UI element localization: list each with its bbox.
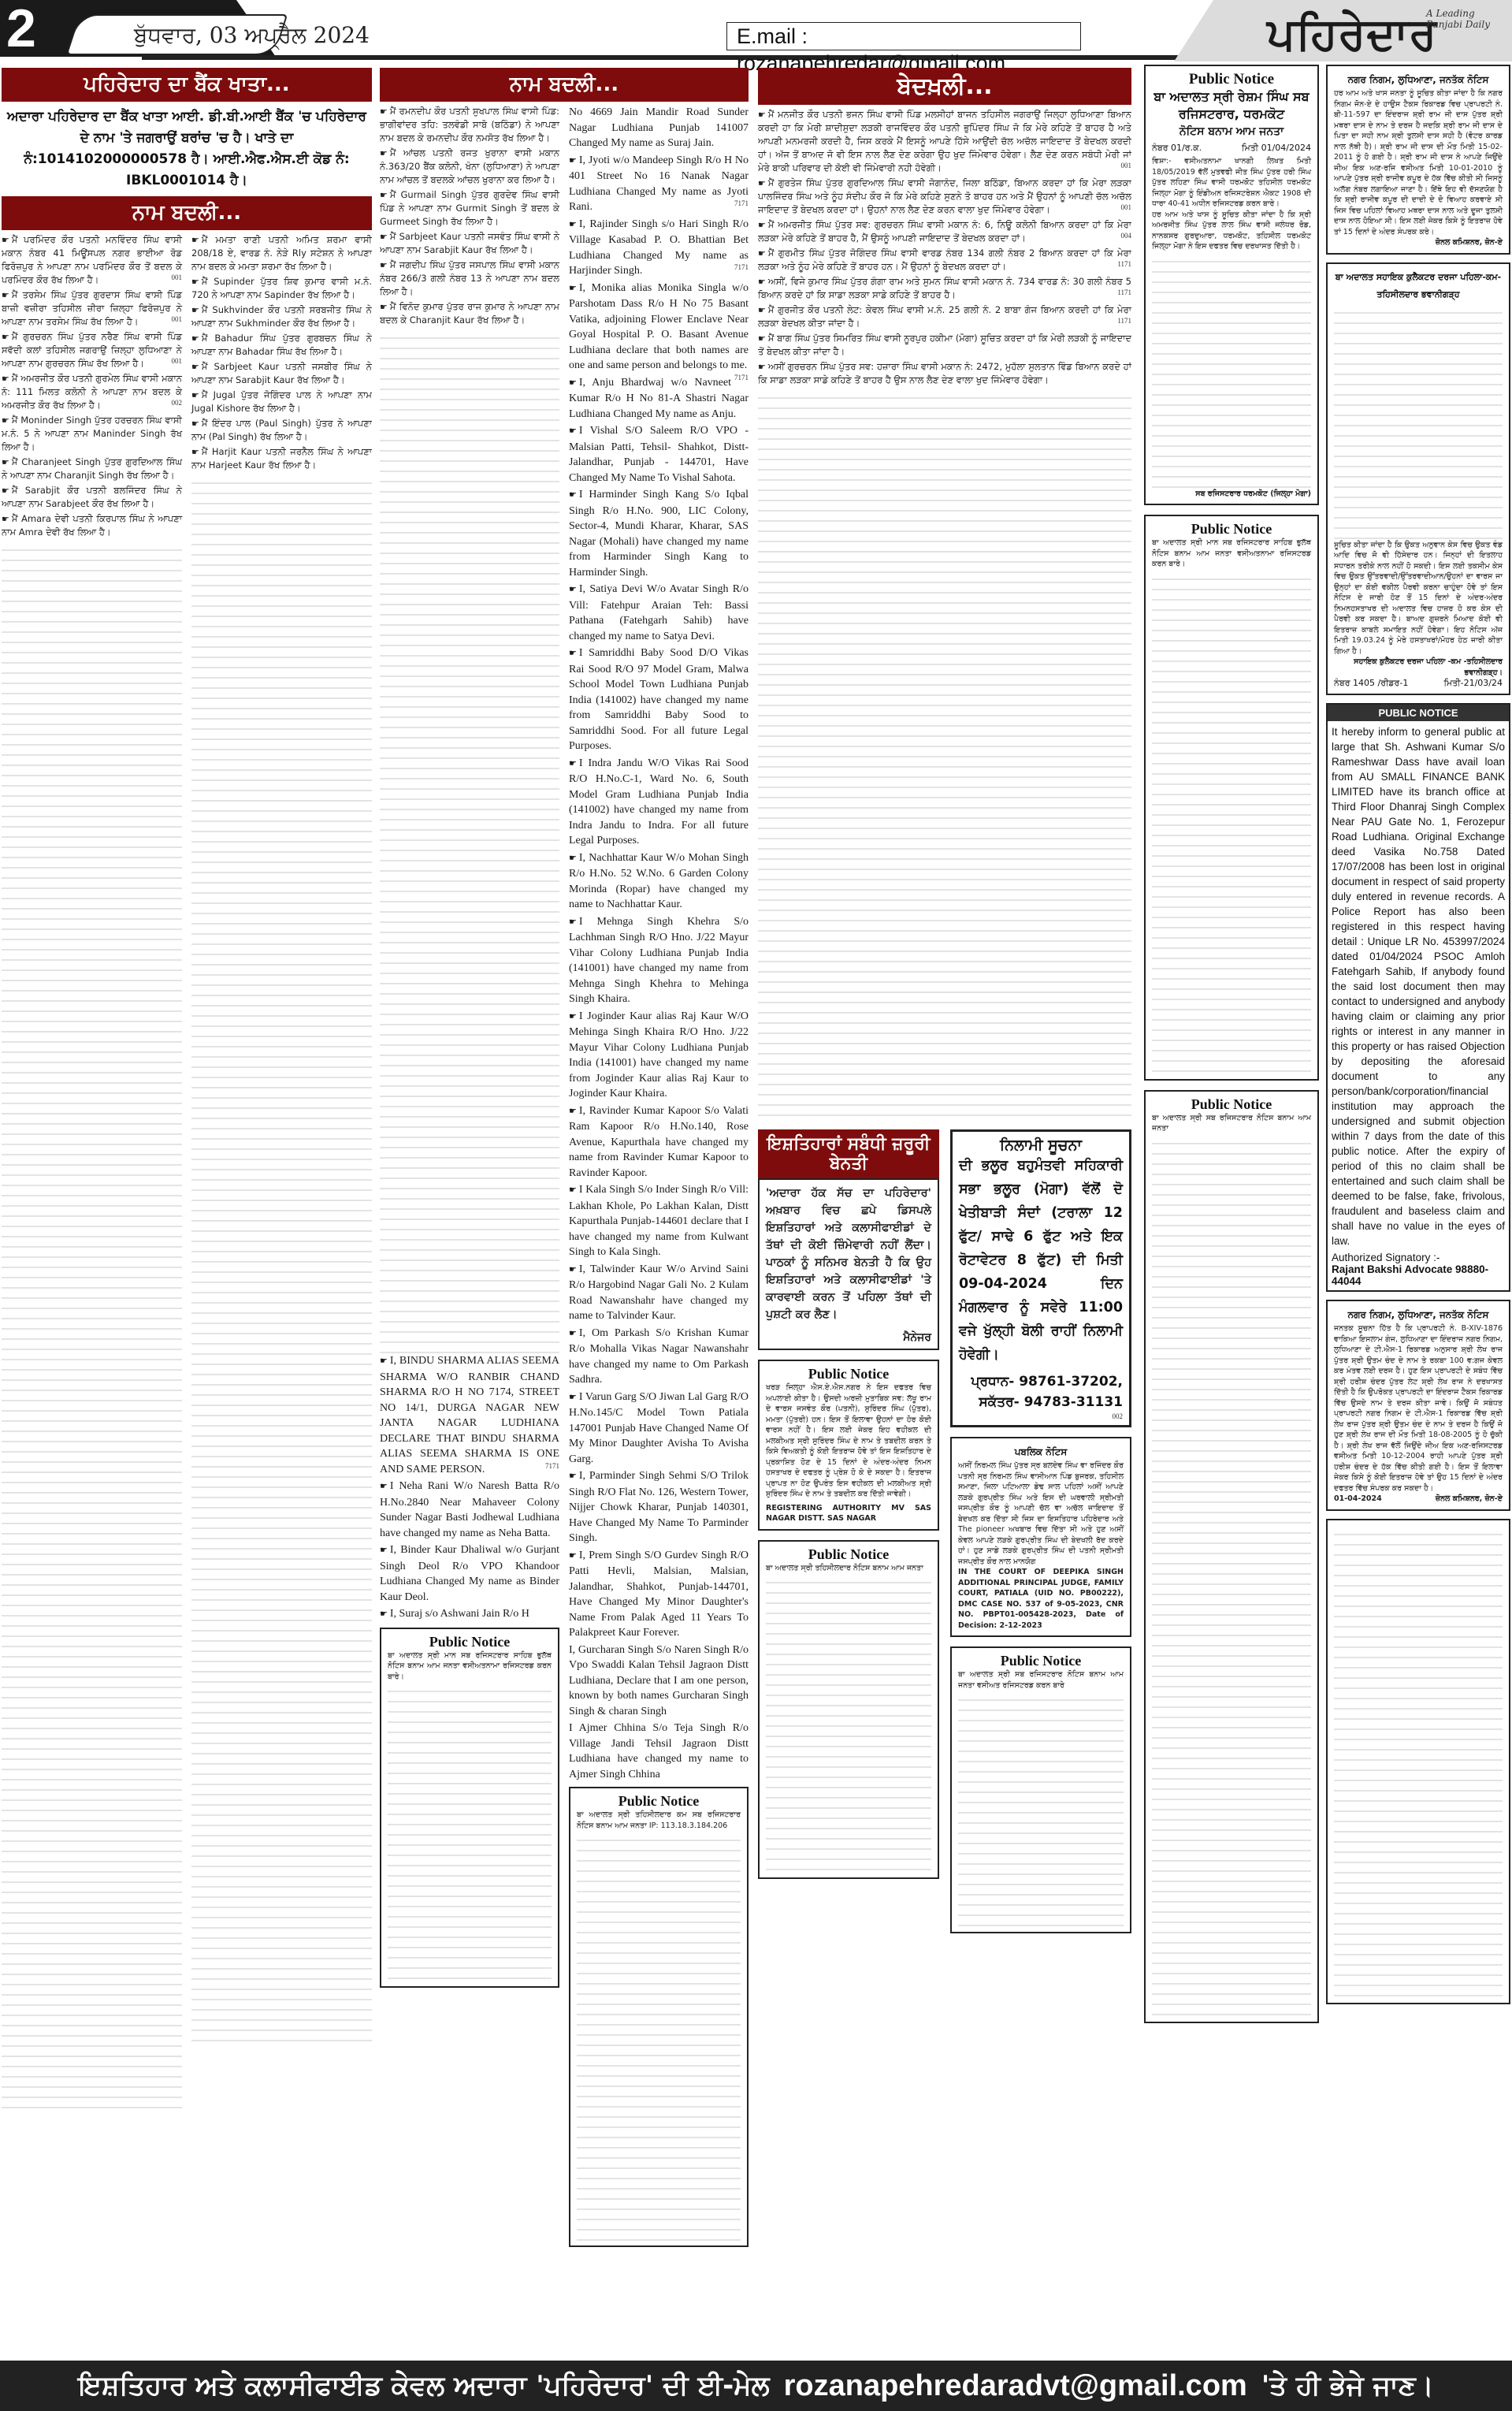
list-item: ☛I Vishal S/O Saleem R/O VPO - Malsian P…	[569, 423, 749, 486]
auction-box: ਨਿਲਾਮੀ ਸੂਚਨਾ ਦੀ ਭਲੂਰ ਬਹੁਮੰਤਵੀ ਸਹਿਕਾਰੀ ਸਭ…	[950, 1129, 1131, 1427]
column-public-notices: Public Notice ਬਾ ਅਦਾਲਤ ਸ੍ਰੀ ਰੇਸ਼ਮ ਸਿੰਘ ਸ…	[1144, 65, 1319, 2354]
footer-email[interactable]: rozanapehredaradvt@gmail.com	[784, 2369, 1247, 2403]
pointing-hand-icon: ☛	[569, 1551, 577, 1561]
list-item: ☛ਮੈਂ Sarbjeet Kaur ਪਤਨੀ ਜਸਵੰਤ ਸਿੰਘ ਵਾਸੀ …	[380, 230, 559, 257]
pointing-hand-icon: ☛	[380, 190, 388, 200]
list-item: ☛I Kala Singh S/o Inder Singh R/o Vill: …	[569, 1182, 749, 1260]
notice-meta: ਨੰਬਰ 1405 /ਰੀਡਰ-1 ਮਿਤੀ-21/03/24	[1334, 678, 1503, 689]
pointing-hand-icon: ☛	[569, 284, 577, 293]
column-bank-namechange: ਪਹਿਰੇਦਾਰ ਦਾ ਬੈਂਕ ਖਾਤਾ... ਅਦਾਰਾ ਪਹਿਰੇਦਾਰ …	[2, 65, 372, 2354]
pointing-hand-icon: ☛	[758, 220, 766, 230]
notice-body-continued	[1152, 570, 1311, 1074]
pointing-hand-icon: ☛	[758, 333, 766, 344]
list-item: ☛I Indra Jandu W/O Vikas Rai Sood R/O H.…	[569, 756, 749, 849]
pointing-hand-icon: ☛	[569, 220, 577, 229]
pointing-hand-icon: ☛	[2, 235, 9, 245]
notice-date: 01-04-2024	[1334, 1494, 1382, 1505]
masthead-tagline: A Leading Punjabi Daily	[1426, 8, 1512, 30]
list-item: ☛ਮੈਂ ਗੁਰਮੀਤ ਸਿੰਘ ਪੁੱਤਰ ਜੋਗਿੰਦਰ ਸਿੰਘ ਵਾਸੀ…	[758, 247, 1131, 273]
pointing-hand-icon: ☛	[758, 305, 766, 315]
pointing-hand-icon: ☛	[191, 362, 199, 372]
list-item: ☛ਮੈਂ ਗੁਰਜੀਤ ਕੌਰ ਪਤਨੀ ਲੇਟ: ਕੇਵਲ ਸਿੰਘ ਵਾਸੀ…	[758, 303, 1131, 330]
pointing-hand-icon: ☛	[191, 390, 199, 400]
list-item: ☛ਮੈਂ Supinder ਪੁੱਤਰ ਸ਼ਿਵ ਕੁਮਾਰ ਵਾਸੀ ਮ.ਨੰ…	[191, 275, 372, 302]
nagar-nigam-notice-1: ਨਗਰ ਨਿਗਮ, ਲੁਧਿਆਣਾ, ਜਨਤੱਕ ਨੋਟਿਸ ਹਰ ਆਮ ਅਤੇ…	[1326, 65, 1510, 255]
pointing-hand-icon: ☛	[191, 305, 199, 315]
pointing-hand-icon: ☛	[191, 277, 199, 287]
notice-signature: ਜ਼ੋਨਲ ਕਮਿਸ਼ਨਰ, ਜ਼ੋਨ-ਏ	[1436, 1494, 1503, 1505]
list-item: ☛I, Jyoti w/o Mandeep Singh R/o H No 401…	[569, 153, 749, 215]
court-notice-text: ਅਸੀਂ ਨਿਰਮਲ ਸਿੰਘ ਪੁੱਤਰ ਸ੍ਰ ਬਲਦੇਵ ਸਿੰਘ ਵਾ …	[958, 1460, 1124, 1567]
pointing-hand-icon: ☛	[380, 1356, 388, 1366]
list-item: ☛I Joginder Kaur alias Raj Kaur W/O Mehi…	[569, 1009, 749, 1102]
list-item: No 4669 Jain Mandir Road Sunder Nagar Lu…	[569, 105, 749, 151]
additional-listings	[191, 474, 372, 2050]
notice-body: ਖਰੜ ਜਿਲ੍ਹਾ ਐਸ.ਏ.ਐਸ.ਨਗਰ ਨੇ ਇਸ ਦਫਤਰ ਵਿਚ ਅਪ…	[766, 1382, 931, 1500]
notice-title: Public Notice	[1152, 521, 1311, 538]
public-notice-box: Public Notice ਬਾ ਅਦਾਲਤ ਸ੍ਰੀ ਮਾਨ ਸਬ ਰਜਿਸਟ…	[1144, 515, 1319, 1081]
english-subcolumn: No 4669 Jain Mandir Road Sunder Nagar Lu…	[569, 105, 749, 2247]
pointing-hand-icon: ☛	[569, 1472, 577, 1481]
list-item: ☛I, Satiya Devi W/o Avatar Singh R/o Vil…	[569, 582, 749, 644]
list-item: ☛ਮੈਂ ਗੁਰਚਰਨ ਸਿੰਘ ਪੁੱਤਰ ਨਰੈਣ ਸਿੰਘ ਵਾਸੀ ਪਿ…	[2, 330, 182, 370]
notice-signature: ਜ਼ੋਨਲ ਕਮਿਸ਼ਨਰ, ਜ਼ੋਨ-ਏ	[1334, 237, 1503, 248]
list-item: ☛I Samriddhi Baby Sood D/O Vikas Rai Soo…	[569, 646, 749, 754]
disownment-heading: ਬੇਦਖ਼ਲੀ...	[758, 68, 1131, 105]
notice-subtitle: ਨੋਟਿਸ ਬਨਾਮ ਆਮ ਜਨਤਾ	[1152, 123, 1311, 140]
pointing-hand-icon: ☛	[191, 333, 199, 344]
notice-number: ਨੰਬਰ 1405 /ਰੀਡਰ-1	[1334, 678, 1408, 689]
pointing-hand-icon: ☛	[758, 277, 766, 287]
pointing-hand-icon: ☛	[380, 232, 388, 242]
pointing-hand-icon: ☛	[2, 486, 9, 496]
auction-text: ਦੀ ਭਲੂਰ ਬਹੁਮੰਤਵੀ ਸਹਿਕਾਰੀ ਸਭਾ ਭਲੂਰ (ਮੋਗਾ)…	[959, 1154, 1123, 1367]
name-change-subcolumn-2: ☛ਮੈਂ ਮਮਤਾ ਰਾਣੀ ਪਤਨੀ ਅਮਿਤ ਸ਼ਰਮਾ ਵਾਸੀ 208/…	[191, 233, 372, 2117]
list-item: ☛I Mehnga Singh Khehra S/o Lachhman Sing…	[569, 914, 749, 1007]
notice-meta: ਨੰਬਰ 01/ਰ.ਕ. ਮਿਤੀ 01/04/2024	[1152, 143, 1311, 154]
auction-president-phone: ਪ੍ਰਧਾਨ- 98761-37202,	[959, 1371, 1123, 1392]
page-header: 2 ਬੁੱਧਵਾਰ, 03 ਅਪ੍ਰੈਲ 2024 E.mail : rozan…	[0, 0, 1512, 61]
public-notice-box: Public Notice ਬਾ ਅਦਾਲਤ ਸ੍ਰੀ ਸਬ ਰਜਿਸਟਰਾਰ …	[950, 1646, 1131, 1933]
signatory-name: Rajant Bakshi Advocate 98880-44044	[1328, 1263, 1509, 1290]
notice-body-continued	[958, 1691, 1124, 1927]
pointing-hand-icon: ☛	[191, 447, 199, 457]
notice-heading: PUBLIC NOTICE	[1328, 705, 1509, 721]
pointing-hand-icon: ☛	[2, 332, 9, 342]
pointing-hand-icon: ☛	[380, 1546, 388, 1555]
public-notice-box: Public Notice ਬਾ ਅਦਾਲਤ ਸ੍ਰੀ ਤਹਿਸੀਲਦਾਰ ਨੋ…	[758, 1540, 939, 1880]
notice-body-table	[1334, 303, 1503, 540]
pointing-hand-icon: ☛	[569, 1393, 577, 1402]
notice-signature: ਸਬ ਰਜਿਸਟਰਾਰ ਧਰਮਕੋਟ (ਜਿਲ੍ਹਾ ਮੋਗਾ)	[1152, 489, 1311, 500]
list-item: I, Gurcharan Singh S/o Naren Singh R/o V…	[569, 1643, 749, 1720]
ad-request-text: 'ਅਦਾਰਾ ਹੱਕ ਸੱਚ ਦਾ ਪਹਿਰੇਦਾਰ' ਅਖ਼ਬਾਰ ਵਿਚ ਛ…	[766, 1185, 931, 1323]
newspaper-page: 2 ਬੁੱਧਵਾਰ, 03 ਅਪ੍ਰੈਲ 2024 E.mail : rozan…	[0, 0, 1512, 2411]
list-item: ☛I Harminder Singh Kang S/o Iqbal Singh …	[569, 487, 749, 580]
auction-secretary-phone: ਸਕੱਤਰ- 94783-31131	[959, 1392, 1123, 1412]
notice-body: ਹਰ ਆਮ ਅਤੇ ਖਾਸ ਨੂੰ ਸੂਚਿਤ ਕੀਤਾ ਜਾਂਦਾ ਹੈ ਕਿ…	[1152, 210, 1311, 252]
list-item: ☛ਮੈਂ Jugal ਪੁੱਤਰ ਜੋਗਿੰਦਰ ਪਾਲ ਨੇ ਆਪਣਾ ਨਾਮ…	[191, 389, 372, 415]
pointing-hand-icon: ☛	[2, 290, 9, 300]
public-notice-box: Public Notice ਬਾ ਅਦਾਲਤ ਸ੍ਰੀ ਸਬ ਰਜਿਸਟਰਾਰ …	[1144, 1090, 1319, 2023]
list-item: ☛I, Binder Kaur Dhaliwal w/o Gurjant Sin…	[380, 1542, 559, 1605]
notice-title: Public Notice	[766, 1546, 931, 1563]
list-item: ☛ਮੈਂ Charanjeet Singh ਪੁੱਤਰ ਗੁਰਦਿਆਲ ਸਿੰਘ…	[2, 456, 182, 482]
list-item: ☛ਅਸੀਂ, ਵਿਜੇ ਕੁਮਾਰ ਸਿੰਘ ਪੁੱਤਰ ਗੰਗਾ ਰਾਮ ਅਤ…	[758, 275, 1131, 302]
auction-heading: ਨਿਲਾਮੀ ਸੂਚਨਾ	[959, 1137, 1123, 1154]
list-item: ☛ਮੈਂ ਅਮਰਜੀਤ ਸਿੰਘ ਪੁੱਤਰ ਸਵ: ਗੁਰਚਰਨ ਸਿੰਘ ਵ…	[758, 218, 1131, 245]
bank-details: ਅਦਾਰਾ ਪਹਿਰੇਦਾਰ ਦਾ ਬੈਂਕ ਖਾਤਾ ਆਈ. ਡੀ.ਬੀ.ਆਈ…	[2, 105, 372, 195]
name-change-subcolumn-1: ☛ਮੈਂ ਪਰਮਿੰਦਰ ਕੌਰ ਪਤਨੀ ਮਨਵਿੰਦਰ ਸਿੰਘ ਵਾਸੀ …	[2, 233, 182, 2117]
notice-date: ਮਿਤੀ-21/03/24	[1443, 678, 1503, 689]
pointing-hand-icon: ☛	[2, 514, 9, 524]
pointing-hand-icon: ☛	[569, 1329, 577, 1338]
punjabi-subcolumn: ☛ਮੈਂ ਰਮਨਦੀਪ ਕੌਰ ਪਤਨੀ ਸੁਖਪਾਲ ਸਿੰਘ ਵਾਸੀ ਪਿ…	[380, 105, 559, 2247]
pointing-hand-icon: ☛	[569, 490, 577, 500]
name-change-heading-2: ਨਾਮ ਬਦਲੀ...	[380, 68, 749, 102]
header-email[interactable]: E.mail : rozanapehredar@gmail.com	[726, 22, 1081, 50]
auction-ref: 002	[1113, 1412, 1124, 1420]
pointing-hand-icon: ☛	[380, 106, 388, 117]
list-item: ☛ਮੈਂ ਇੰਦਰ ਪਾਲ (Paul Singh) ਪੁੱਤਰ ਨੇ ਆਪਣਾ…	[191, 417, 372, 444]
list-item: ☛I, Rajinder Singh s/o Hari Singh R/o Vi…	[569, 217, 749, 279]
ad-request-signature: ਮੈਨੇਜਰ	[766, 1331, 931, 1344]
list-item: ☛ਮੈਂ ਜਗਦੀਪ ਸਿੰਘ ਪੁੱਤਰ ਜਸਪਾਲ ਸਿੰਘ ਵਾਸੀ ਮਕ…	[380, 259, 559, 299]
list-item: ☛I Neha Rani W/o Naresh Batta R/o H.No.2…	[380, 1479, 559, 1541]
notice-number: ਨੰਬਰ 01/ਰ.ਕ.	[1152, 143, 1202, 154]
list-item: ☛I, Parminder Singh Sehmi S/O Trilok Sin…	[569, 1468, 749, 1546]
notice-body-continued	[1152, 252, 1311, 489]
notice-body-continued	[577, 1831, 741, 2241]
signatory-label: Authorized Signatory :-	[1328, 1252, 1509, 1263]
footer-banner: ਇਸ਼ਤਿਹਾਰ ਅਤੇ ਕਲਾਸੀਫਾਈਡ ਕੇਵਲ ਅਦਾਰਾ 'ਪਹਿਰੇ…	[0, 2361, 1512, 2411]
notice-heading: ਨਗਰ ਨਿਗਮ, ਲੁਧਿਆਣਾ, ਜਨਤੱਕ ਨੋਟਿਸ	[1334, 71, 1503, 88]
notice-title: Public Notice	[958, 1653, 1124, 1669]
name-change-columns: ☛ਮੈਂ ਪਰਮਿੰਦਰ ਕੌਰ ਪਤਨੀ ਮਨਵਿੰਦਰ ਸਿੰਘ ਵਾਸੀ …	[2, 233, 372, 2117]
column-municipal-notices: ਨਗਰ ਨਿਗਮ, ਲੁਧਿਆਣਾ, ਜਨਤੱਕ ਨੋਟਿਸ ਹਰ ਆਮ ਅਤੇ…	[1326, 65, 1510, 2354]
list-item: ☛ਮੈਂ ਮਨਜੀਤ ਕੌਰ ਪਤਨੀ ਭਜਨ ਸਿੰਘ ਵਾਸੀ ਪਿੰਡ ਮ…	[758, 108, 1131, 175]
pointing-hand-icon: ☛	[2, 415, 9, 426]
list-item: ☛ਮੈਂ ਗੁਰਤੇਜ ਸਿੰਘ ਪੁੱਤਰ ਗੁਰਦਿਆਲ ਸਿੰਘ ਵਾਸੀ…	[758, 177, 1131, 217]
boxed-ads-row: ਇਸ਼ਤਿਹਾਰਾਂ ਸਬੰਧੀ ਜ਼ਰੂਰੀ ਬੇਨਤੀ 'ਅਦਾਰਾ ਹੱਕ…	[758, 1129, 1131, 1933]
additional-listings	[2, 541, 182, 2117]
notice-signature: REGISTERING AUTHORITY MV SAS NAGAR DISTT…	[766, 1503, 931, 1524]
notice-title: Public Notice	[388, 1634, 552, 1650]
notice-body: ਜਨਤਕ ਸੂਚਨਾ ਹਿੱਤ ਹੈ ਕਿ ਪ੍ਰਾਪਰਟੀ ਨੰ. B-XIV…	[1334, 1323, 1503, 1494]
notice-body-continued	[766, 1573, 931, 1873]
header-rule	[142, 55, 1269, 60]
list-item: ☛ਮੈਂ ਆਂਚਲ ਪਤਨੀ ਰਜਤ ਖੁਰਾਨਾ ਵਾਸੀ ਮਕਾਨ ਨੰ.3…	[380, 147, 559, 187]
list-item: ☛ਮੈਂ Harjit Kaur ਪਤਨੀ ਜਰਨੈਲ ਸਿੰਘ ਨੇ ਆਪਣਾ…	[191, 445, 372, 472]
page-number: 2	[6, 0, 35, 58]
notice-title: Public Notice	[577, 1793, 741, 1810]
notice-title: Public Notice	[1152, 1096, 1311, 1113]
pointing-hand-icon: ☛	[569, 1185, 577, 1195]
name-change-heading: ਨਾਮ ਬਦਲੀ...	[2, 196, 372, 230]
tehsil-notice: ਬਾ ਅਦਾਲਤ ਸਹਾਇਕ ਕੁਲੈਕਟਰ ਦਰਜਾ ਪਹਿਲਾ-ਕਮ-ਤਹਿ…	[1326, 262, 1510, 696]
list-item: ☛I, Talwinder Kaur W/o Arvind Saini R/o …	[569, 1262, 749, 1324]
public-notice-box	[1326, 1519, 1510, 2004]
pointing-hand-icon: ☛	[569, 1107, 577, 1116]
list-item: ☛I, Om Parkash S/o Krishan Kumar R/o Moh…	[569, 1326, 749, 1388]
list-item: ☛ਮੈਂ Gurmail Singh ਪੁੱਤਰ ਗੁਰਦੇਵ ਸਿੰਘ ਵਾਸ…	[380, 188, 559, 229]
list-item: ☛ਮੈਂ ਰਮਨਦੀਪ ਕੌਰ ਪਤਨੀ ਸੁਖਪਾਲ ਸਿੰਘ ਵਾਸੀ ਪਿ…	[380, 105, 559, 145]
ad-request-column: ਇਸ਼ਤਿਹਾਰਾਂ ਸਬੰਧੀ ਜ਼ਰੂਰੀ ਬੇਨਤੀ 'ਅਦਾਰਾ ਹੱਕ…	[758, 1129, 939, 1933]
notice-body: ਬਾ ਅਦਾਲਤ ਸ੍ਰੀ ਸਬ ਰਜਿਸਟਰਾਰ ਨੋਟਿਸ ਬਨਾਮ ਆਮ …	[958, 1669, 1124, 1691]
notice-title: Public Notice	[766, 1366, 931, 1382]
pointing-hand-icon: ☛	[380, 260, 388, 270]
pointing-hand-icon: ☛	[2, 457, 9, 467]
pointing-hand-icon: ☛	[569, 1012, 577, 1021]
pointing-hand-icon: ☛	[758, 178, 766, 188]
notice-subject: ਵਿਸ਼ਾ:- ਵਸੀਅਤਨਾਮਾ ਖਾਨਗੀ ਲਿਖਤ ਮਿਤੀ 18/05/…	[1152, 156, 1311, 210]
pointing-hand-icon: ☛	[569, 156, 577, 166]
pointing-hand-icon: ☛	[191, 235, 199, 245]
pointing-hand-icon: ☛	[2, 374, 9, 384]
list-item: ☛ਮੈਂ ਤਰਸੇਮ ਸਿੰਘ ਪੁੱਤਰ ਗੁਰਦਾਸ ਸਿੰਘ ਵਾਸੀ ਪ…	[2, 288, 182, 329]
pointing-hand-icon: ☛	[569, 1265, 577, 1274]
pointing-hand-icon: ☛	[380, 1482, 388, 1491]
nagar-nigam-notice-2: ਨਗਰ ਨਿਗਮ, ਲੁਧਿਆਣਾ, ਜਨਤੱਕ ਨੋਟਿਸ ਜਨਤਕ ਸੂਚਨ…	[1326, 1300, 1510, 1511]
list-item: ☛ਮੈਂ Sarbjeet Kaur ਪਤਨੀ ਜਸਬੀਰ ਸਿੰਘ ਨੇ ਆਪ…	[191, 360, 372, 387]
bank-heading: ਪਹਿਰੇਦਾਰ ਦਾ ਬੈਂਕ ਖਾਤਾ...	[2, 68, 372, 102]
notice-body: ਬਾ ਅਦਾਲਤ ਸ੍ਰੀ ਤਹਿਸੀਲਦਾਰ ਨੋਟਿਸ ਬਨਾਮ ਆਮ ਜਨ…	[766, 1563, 931, 1574]
public-notice-box: Public Notice ਬਾ ਅਦਾਲਤ ਸ੍ਰੀ ਮਾਨ ਸਬ ਰਜਿਸਟ…	[380, 1628, 559, 1989]
pointing-hand-icon: ☛	[569, 854, 577, 863]
ad-request-heading: ਇਸ਼ਤਿਹਾਰਾਂ ਸਬੰਧੀ ਜ਼ਰੂਰੀ ਬੇਨਤੀ	[758, 1129, 939, 1178]
pointing-hand-icon: ☛	[380, 148, 388, 158]
list-item: ☛I, Ravinder Kumar Kapoor S/o Valati Ram…	[569, 1103, 749, 1181]
notice-body-continued	[1334, 1525, 1503, 1998]
footer-punjabi-text: ਇਸ਼ਤਿਹਾਰ ਅਤੇ ਕਲਾਸੀਫਾਈਡ ਕੇਵਲ ਅਦਾਰਾ 'ਪਹਿਰੇ…	[78, 2370, 769, 2402]
notice-body: ਸੂਚਿਤ ਕੀਤਾ ਜਾਂਦਾ ਹੈ ਕਿ ਉਕਤ ਅਨੁਵਾਨ ਕੇਸ ਵਿ…	[1334, 540, 1503, 657]
pointing-hand-icon: ☛	[569, 649, 577, 658]
court-notice-heading: ਪਬਲਿਕ ਨੋਟਿਸ	[958, 1443, 1124, 1460]
list-item: ☛ਮੈਂ Amara ਦੇਵੀ ਪਤਨੀ ਕਿਰਪਾਲ ਸਿੰਘ ਨੇ ਆਪਣਾ…	[2, 512, 182, 539]
pointing-hand-icon: ☛	[569, 759, 577, 768]
pointing-hand-icon: ☛	[758, 110, 766, 120]
list-item: ☛ਅਸੀਂ ਗੁਰਚਰਨ ਸਿੰਘ ਪੁੱਤਰ ਸਵ: ਹਜ਼ਾਰਾ ਸਿੰਘ …	[758, 360, 1131, 387]
pointing-hand-icon: ☛	[380, 1609, 388, 1619]
list-item: ☛ਮੈਂ Moninder Singh ਪੁੱਤਰ ਹਰਚਰਨ ਸਿੰਘ ਵਾਸ…	[2, 414, 182, 454]
auction-column: ਨਿਲਾਮੀ ਸੂਚਨਾ ਦੀ ਭਲੂਰ ਬਹੁਮੰਤਵੀ ਸਹਿਕਾਰੀ ਸਭ…	[950, 1129, 1131, 1933]
list-item: ☛I, Nachhattar Kaur W/o Mohan Singh R/o …	[569, 850, 749, 913]
list-item: ☛ਮੈਂ Sukhvinder ਕੌਰ ਪਤਨੀ ਸਰਬਜੀਤ ਸਿੰਘ ਨੇ …	[191, 303, 372, 330]
notice-body: ਬਾ ਅਦਾਲਤ ਸ੍ਰੀ ਮਾਨ ਸਬ ਰਜਿਸਟਰਾਰ ਸਾਹਿਬ ਭੁਲੱ…	[388, 1650, 552, 1683]
notice-body: ਹਰ ਆਮ ਅਤੇ ਖਾਸ ਜਨਤਾ ਨੂੰ ਸੂਚਿਤ ਕੀਤਾ ਜਾਂਦਾ …	[1334, 88, 1503, 237]
pointing-hand-icon: ☛	[569, 585, 577, 594]
name-change-mid-columns: ☛ਮੈਂ ਰਮਨਦੀਪ ਕੌਰ ਪਤਨੀ ਸੁਖਪਾਲ ਸਿੰਘ ਵਾਸੀ ਪਿ…	[380, 105, 749, 2247]
pointing-hand-icon: ☛	[758, 362, 766, 372]
footer-suffix: 'ਤੇ ਹੀ ਭੇਜੇ ਜਾਣ।	[1261, 2370, 1434, 2402]
list-item: ☛ਮੈਂ ਬਾਗ ਸਿੰਘ ਪੁੱਤਰ ਸਿਮਰਿਤ ਸਿੰਘ ਵਾਸੀ ਨੂਰ…	[758, 332, 1131, 359]
notice-body: ਬਾ ਅਦਾਲਤ ਸ੍ਰੀ ਤਹਿਸੀਲਦਾਰ ਕਮ ਸਬ ਰਜਿਸਟਰਾਰ ਨ…	[577, 1810, 741, 1831]
additional-listings	[758, 389, 1131, 1122]
list-item: ☛I Varun Garg S/O Jiwan Lal Garg R/O H.N…	[569, 1390, 749, 1468]
court-notice-box: ਪਬਲਿਕ ਨੋਟਿਸ ਅਸੀਂ ਨਿਰਮਲ ਸਿੰਘ ਪੁੱਤਰ ਸ੍ਰ ਬਲ…	[950, 1437, 1131, 1637]
list-item: ☛I, Anju Bhardwaj w/o Navneet Kumar R/o …	[569, 375, 749, 422]
pointing-hand-icon: ☛	[569, 917, 577, 927]
list-item: ☛I, BINDU SHARMA ALIAS SEEMA SHARMA W/O …	[380, 1353, 559, 1477]
list-item: ☛ਮੈਂ ਵਿਨੋਦ ਕੁਮਾਰ ਪੁੱਤਰ ਰਾਜ ਕੁਮਾਰ ਨੇ ਆਪਣਾ…	[380, 300, 559, 327]
pointing-hand-icon: ☛	[569, 378, 577, 388]
english-public-notice: PUBLIC NOTICE It hereby inform to genera…	[1326, 703, 1510, 1292]
notice-body: ਬਾ ਅਦਾਲਤ ਸ੍ਰੀ ਸਬ ਰਜਿਸਟਰਾਰ ਨੋਟਿਸ ਬਨਾਮ ਆਮ …	[1152, 1113, 1311, 1134]
notice-footer: 01-04-2024 ਜ਼ੋਨਲ ਕਮਿਸ਼ਨਰ, ਜ਼ੋਨ-ਏ	[1334, 1494, 1503, 1505]
list-item: ☛ਮੈਂ Bahadur ਸਿੰਘ ਪੁੱਤਰ ਗੁਰਬਚਨ ਸਿੰਘ ਨੇ ਆ…	[191, 332, 372, 359]
column-disownment: ਬੇਦਖ਼ਲੀ... ☛ਮੈਂ ਮਨਜੀਤ ਕੌਰ ਪਤਨੀ ਭਜਨ ਸਿੰਘ …	[758, 65, 1131, 2354]
additional-listings	[380, 329, 559, 1353]
public-notice-box: Public Notice ਬਾ ਅਦਾਲਤ ਸ੍ਰੀ ਤਹਿਸੀਲਦਾਰ ਕਮ…	[569, 1787, 749, 2247]
notice-signature: ਸਹਾਇਕ ਕੁਲੈਕਟਰ ਦਰਜਾ ਪਹਿਲਾ -ਕਮ -ਤਹਿਸੀਲਦਾਰ …	[1334, 657, 1503, 678]
notice-body: ਬਾ ਅਦਾਲਤ ਸ੍ਰੀ ਮਾਨ ਸਬ ਰਜਿਸਟਰਾਰ ਸਾਹਿਬ ਭੁਲੱ…	[1152, 538, 1311, 570]
issue-date: ਬੁੱਧਵਾਰ, 03 ਅਪ੍ਰੈਲ 2024	[134, 22, 370, 49]
column-name-change-mid: ਨਾਮ ਬਦਲੀ... ☛ਮੈਂ ਰਮਨਦੀਪ ਕੌਰ ਪਤਨੀ ਸੁਖਪਾਲ …	[380, 65, 749, 2354]
list-item: ☛ਮੈਂ ਪਰਮਿੰਦਰ ਕੌਰ ਪਤਨੀ ਮਨਵਿੰਦਰ ਸਿੰਘ ਵਾਸੀ …	[2, 233, 182, 287]
list-item: ☛I, Prem Singh S/O Gurdev Singh R/O Patt…	[569, 1548, 749, 1641]
list-item: ☛ਮੈਂ ਅਮਰਜੀਤ ਕੌਰ ਪਤਨੀ ਗੁਰਮੇਲ ਸਿੰਘ ਵਾਸੀ ਮਕ…	[2, 372, 182, 412]
pointing-hand-icon: ☛	[758, 248, 766, 259]
notice-body-continued	[388, 1682, 552, 1981]
ad-request-box: 'ਅਦਾਰਾ ਹੱਕ ਸੱਚ ਦਾ ਪਹਿਰੇਦਾਰ' ਅਖ਼ਬਾਰ ਵਿਚ ਛ…	[758, 1178, 939, 1350]
list-item: I Ajmer Chhina S/o Teja Singh R/o Villag…	[569, 1721, 749, 1782]
pointing-hand-icon: ☛	[569, 426, 577, 436]
notice-body-continued	[1152, 1134, 1311, 2017]
notice-heading: ਬਾ ਅਦਾਲਤ ਸਹਾਇਕ ਕੁਲੈਕਟਰ ਦਰਜਾ ਪਹਿਲਾ-ਕਮ-ਤਹਿ…	[1334, 269, 1503, 303]
notice-title: Public Notice	[1152, 71, 1311, 88]
list-item: ☛ਮੈਂ ਮਮਤਾ ਰਾਣੀ ਪਤਨੀ ਅਮਿਤ ਸ਼ਰਮਾ ਵਾਸੀ 208/…	[191, 233, 372, 273]
dharamkot-notice-box: Public Notice ਬਾ ਅਦਾਲਤ ਸ੍ਰੀ ਰੇਸ਼ਮ ਸਿੰਘ ਸ…	[1144, 65, 1319, 505]
masthead-logo: ਪਹਿਰੇਦਾਰ	[1267, 8, 1437, 61]
pointing-hand-icon: ☛	[380, 302, 388, 312]
list-item: ☛I, Suraj s/o Ashwani Jain R/o H	[380, 1606, 559, 1623]
list-item: ☛ਮੈਂ Sarabjit ਕੌਰ ਪਤਨੀ ਬਲਜਿੰਦਰ ਸਿੰਘ ਨੇ ਆ…	[2, 484, 182, 511]
list-item: ☛I, Monika alias Monika Singla w/o Parsh…	[569, 281, 749, 374]
pointing-hand-icon: ☛	[191, 419, 199, 429]
court-notice-english: IN THE COURT OF DEEPIKA SINGH ADDITIONAL…	[958, 1567, 1124, 1631]
notice-date: ਮਿਤੀ 01/04/2024	[1242, 143, 1311, 154]
notice-body: It hereby inform to general public at la…	[1328, 721, 1509, 1252]
notice-heading: ਨਗਰ ਨਿਗਮ, ਲੁਧਿਆਣਾ, ਜਨਤੱਕ ਨੋਟਿਸ	[1334, 1306, 1503, 1323]
vehicle-notice-box: Public Notice ਖਰੜ ਜਿਲ੍ਹਾ ਐਸ.ਏ.ਐਸ.ਨਗਰ ਨੇ …	[758, 1360, 939, 1531]
notice-court: ਬਾ ਅਦਾਲਤ ਸ੍ਰੀ ਰੇਸ਼ਮ ਸਿੰਘ ਸਬ ਰਜਿਸਟਰਾਰ, ਧਰ…	[1152, 88, 1311, 123]
